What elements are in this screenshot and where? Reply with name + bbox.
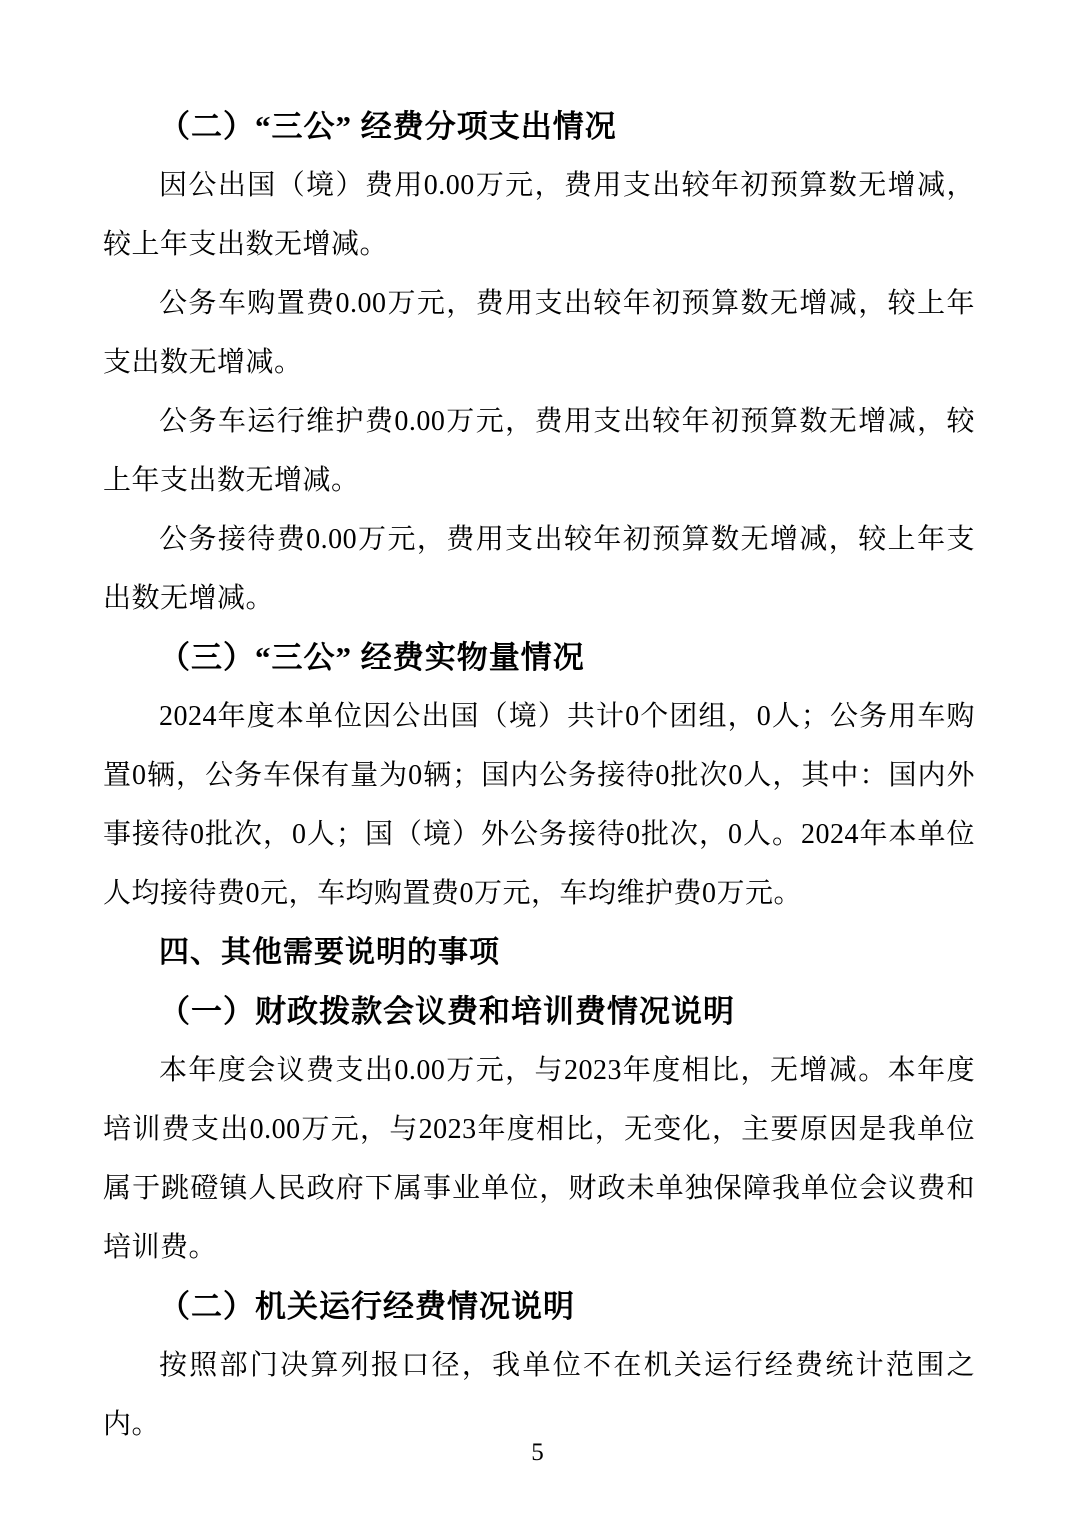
heading-other-matters: 四、其他需要说明的事项 — [103, 923, 975, 982]
paragraph-meeting-training-fee: 本年度会议费支出0.00万元，与2023年度相比，无增减。本年度培训费支出0.0… — [103, 1041, 975, 1277]
heading-meeting-training-fee: （一）财政拨款会议费和培训费情况说明 — [103, 982, 975, 1041]
heading-sangong-breakdown: （二）“三公” 经费分项支出情况 — [103, 97, 975, 156]
page-number: 5 — [0, 1436, 1075, 1470]
paragraph-vehicle-maintenance: 公务车运行维护费0.00万元，费用支出较年初预算数无增减，较上年支出数无增减。 — [103, 392, 975, 510]
paragraph-physical-quantity: 2024年度本单位因公出国（境）共计0个团组，0人；公务用车购置0辆，公务车保有… — [103, 687, 975, 923]
document-page: （二）“三公” 经费分项支出情况 因公出国（境）费用0.00万元，费用支出较年初… — [0, 0, 1075, 1520]
heading-operating-expense: （二）机关运行经费情况说明 — [103, 1277, 975, 1336]
paragraph-official-reception: 公务接待费0.00万元，费用支出较年初预算数无增减，较上年支出数无增减。 — [103, 510, 975, 628]
paragraph-vehicle-purchase: 公务车购置费0.00万元，费用支出较年初预算数无增减，较上年支出数无增减。 — [103, 274, 975, 392]
paragraph-abroad-expense: 因公出国（境）费用0.00万元，费用支出较年初预算数无增减，较上年支出数无增减。 — [103, 156, 975, 274]
heading-sangong-physical: （三）“三公” 经费实物量情况 — [103, 628, 975, 687]
document-content: （二）“三公” 经费分项支出情况 因公出国（境）费用0.00万元，费用支出较年初… — [103, 97, 975, 1454]
